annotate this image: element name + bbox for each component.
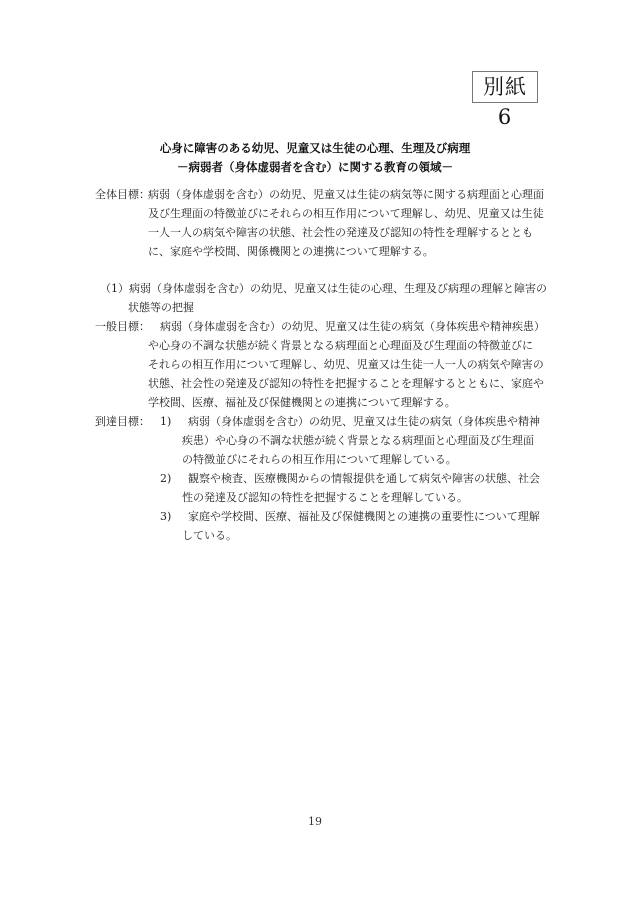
document-page: 別紙 6 心身に障害のある幼児、児童又は生徒の心理、生理及び病理 －病弱者（身体… [0, 0, 630, 903]
attainment-item-line: の特徴並びにそれらの相互作用について理解している。 [182, 453, 457, 467]
page-number: 19 [0, 815, 630, 828]
overall-goal-label: 全体目標： [95, 188, 150, 202]
general-goal-line: 状態、社会性の発達及び認知の特性を把握することを理解するとともに、家庭や [148, 377, 544, 391]
attachment-label: 別紙 6 [472, 71, 538, 103]
attainment-item-line: 病弱（身体虚弱を含む）の幼児、児童又は生徒の病気（身体疾患や精神 [188, 415, 540, 429]
general-goal-line: 学校間、医療、福祉及び保健機関との連携について理解する。 [148, 396, 456, 410]
section-heading: （1）病弱（身体虚弱を含む）の幼児、児童又は生徒の心理、生理及び病理の理解と障害… [100, 282, 547, 296]
attainment-item-line: 観察や検査、医療機関からの情報提供を通して病気や障害の状態、社会 [188, 472, 540, 486]
attainment-item-line: している。 [182, 529, 237, 543]
attainment-item-number: 3) [160, 510, 171, 524]
attainment-item-line: 家庭や学校間、医療、福祉及び保健機関との連携の重要性について理解 [188, 510, 540, 524]
attainment-item-number: 2) [160, 472, 171, 486]
overall-goal-line: 病弱（身体虚弱を含む）の幼児、児童又は生徒の病気等に関する病理面と心理面 [148, 188, 544, 202]
overall-goal-line: 及び生理面の特徴並びにそれらの相互作用について理解し、幼児、児童又は生徒 [148, 207, 544, 221]
general-goal-line: それらの相互作用について理解し、幼児、児童又は生徒一人一人の病気や障害の [148, 358, 544, 372]
document-title: 心身に障害のある幼児、児童又は生徒の心理、生理及び病理 [0, 140, 630, 156]
attainment-item-line: 疾患）や心身の不調な状態が続く背景となる病理面と心理面及び生理面 [182, 434, 534, 448]
document-subtitle: －病弱者（身体虚弱者を含む）に関する教育の領域－ [0, 159, 630, 175]
general-goal-line: 病弱（身体虚弱を含む）の幼児、児童又は生徒の病気（身体疾患や精神疾患） [160, 320, 545, 334]
overall-goal-line: 一人一人の病気や障害の状態、社会性の発達及び認知の特性を理解するととも [148, 226, 533, 240]
overall-goal-line: に、家庭や学校間、関係機関との連携について理解する。 [148, 245, 434, 259]
attainment-item-line: 性の発達及び認知の特性を把握することを理解している。 [182, 491, 468, 505]
general-goal-label: 一般目標： [95, 320, 150, 334]
attainment-item-number: 1) [160, 415, 171, 429]
attainment-goal-label: 到達目標： [95, 415, 150, 429]
general-goal-line: や心身の不調な状態が続く背景となる病理面と心理面及び生理面の特徴並びに [148, 339, 533, 353]
section-heading-cont: 状態等の把握 [128, 301, 194, 315]
